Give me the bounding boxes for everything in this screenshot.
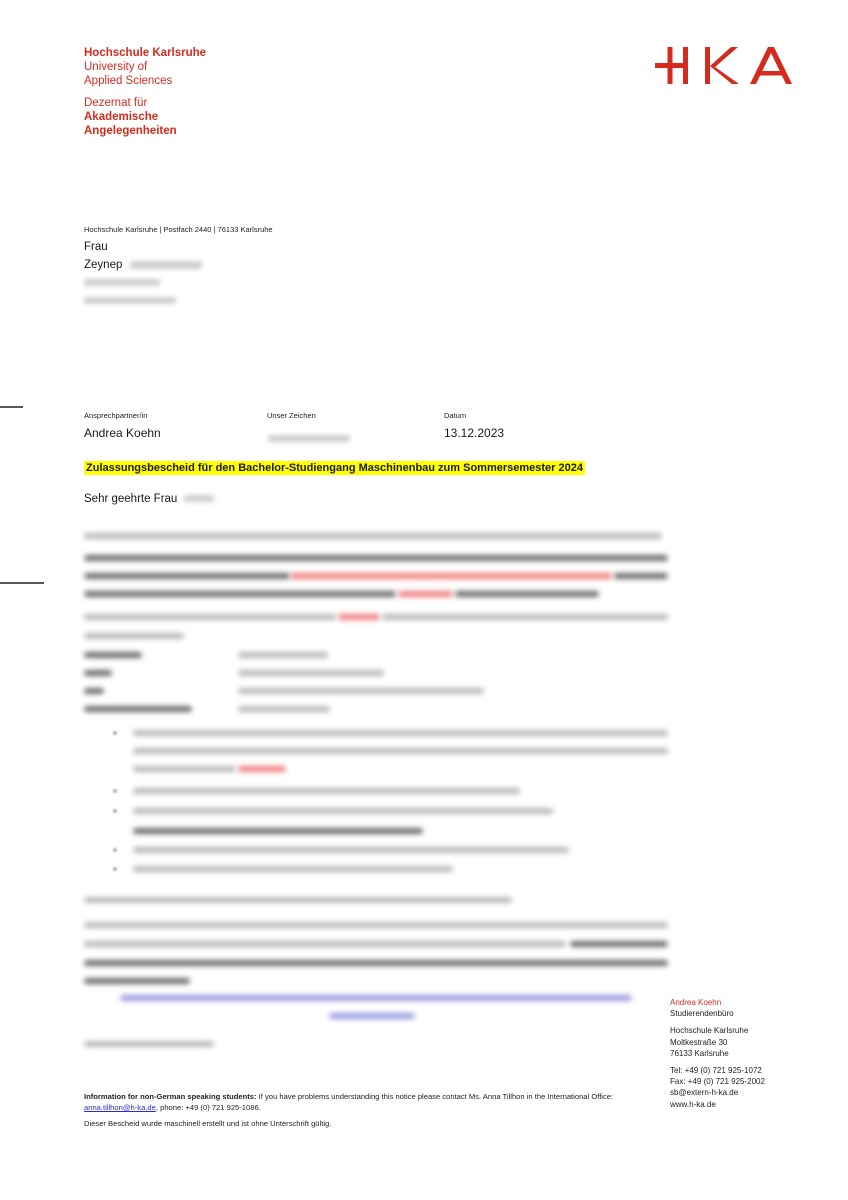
- salutation: Sehr geehrte Frau: [84, 493, 214, 505]
- redacted-surname: [130, 261, 202, 269]
- fold-mark-top: [0, 406, 23, 408]
- institution-en-line1: University of: [84, 60, 206, 74]
- reference-label: Unser Zeichen: [267, 411, 316, 420]
- contact-value: Andrea Koehn: [84, 426, 161, 440]
- contact-block: Andrea Koehn Studierendenbüro Hochschule…: [670, 997, 765, 1110]
- redacted-city: [84, 297, 176, 304]
- international-info: Information for non-German speaking stud…: [84, 1091, 644, 1113]
- footer: Information for non-German speaking stud…: [84, 1091, 644, 1129]
- contact-phone: Tel: +49 (0) 721 925-1072: [670, 1065, 765, 1076]
- department-line1: Dezernat für: [84, 96, 206, 110]
- department-line2: Akademische: [84, 110, 206, 124]
- validity-note: Dieser Bescheid wurde maschinell erstell…: [84, 1118, 644, 1129]
- institution-wordmark: Hochschule Karlsruhe University of Appli…: [84, 46, 206, 138]
- hka-logo: [655, 44, 810, 90]
- fold-mark-middle: [0, 582, 44, 584]
- contact-label: Ansprechpartner/in: [84, 411, 147, 420]
- department-line3: Angelegenheiten: [84, 124, 206, 138]
- recipient-first-name: Zeynep: [84, 259, 122, 271]
- recipient-address: Frau Zeynep: [84, 238, 202, 310]
- international-email-link[interactable]: anna.tillhon@h-ka.de: [84, 1103, 156, 1112]
- redacted-salutation-name: [184, 495, 214, 502]
- international-info-phone: , phone: +49 (0) 721 925-1086.: [156, 1103, 261, 1112]
- redacted-website-link[interactable]: [120, 995, 632, 1001]
- contact-office: Studierendenbüro: [670, 1008, 765, 1019]
- salutation-text: Sehr geehrte Frau: [84, 493, 177, 505]
- institution-en-line2: Applied Sciences: [84, 74, 206, 88]
- redacted-street: [84, 279, 160, 286]
- international-info-text: If you have problems understanding this …: [257, 1092, 614, 1101]
- contact-city: 76133 Karlsruhe: [670, 1048, 765, 1059]
- reference-value-redacted: [268, 430, 350, 448]
- contact-fax: Fax: +49 (0) 721 925-2002: [670, 1076, 765, 1087]
- contact-website[interactable]: www.h-ka.de: [670, 1099, 765, 1110]
- contact-street: Moltkestraße 30: [670, 1037, 765, 1048]
- subject-line: Zulassungsbescheid für den Bachelor-Stud…: [84, 461, 585, 475]
- recipient-name: Zeynep: [84, 256, 202, 274]
- recipient-title: Frau: [84, 238, 202, 256]
- contact-name: Andrea Koehn: [670, 997, 765, 1008]
- international-info-heading: Information for non-German speaking stud…: [84, 1092, 257, 1101]
- contact-email[interactable]: sb@extern-h-ka.de: [670, 1087, 765, 1098]
- date-value: 13.12.2023: [444, 426, 504, 440]
- sender-line: Hochschule Karlsruhe | Postfach 2440 | 7…: [84, 225, 273, 234]
- contact-org: Hochschule Karlsruhe: [670, 1025, 765, 1036]
- institution-name: Hochschule Karlsruhe: [84, 46, 206, 60]
- date-label: Datum: [444, 411, 466, 420]
